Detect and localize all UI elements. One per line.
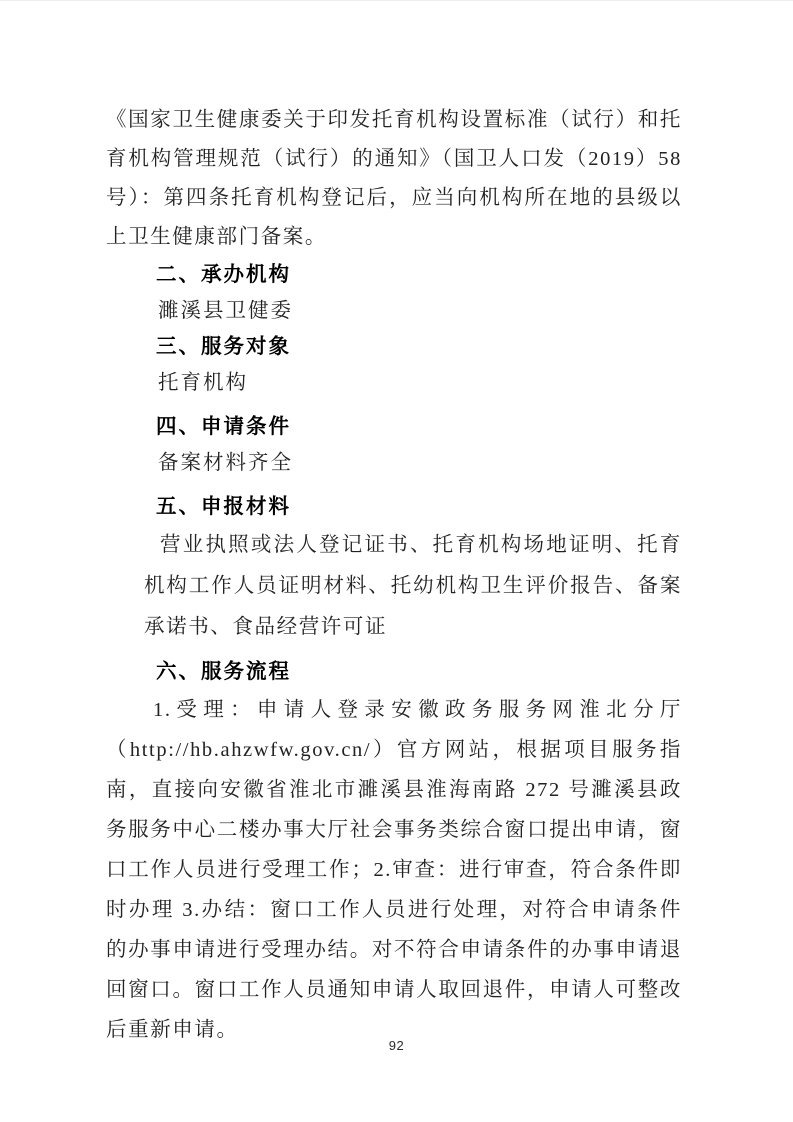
section-body-service-target: 托育机构 [106, 365, 682, 401]
section-heading-application-materials: 五、申报材料 [106, 489, 682, 525]
section-body-application-materials: 营业执照或法人登记证书、托育机构场地证明、托育机构工作人员证明材料、托幼机构卫生… [106, 525, 682, 648]
document-page: 《国家卫生健康委关于印发托育机构设置标准（试行）和托育机构管理规范（试行）的通知… [0, 0, 793, 1122]
section-heading-organizing-body: 二、承办机构 [106, 257, 682, 293]
section-heading-service-target: 三、服务对象 [106, 329, 682, 365]
section-heading-service-process: 六、服务流程 [106, 654, 682, 690]
section-heading-application-conditions: 四、申请条件 [106, 409, 682, 445]
page-number: 92 [0, 1038, 793, 1054]
document-content: 《国家卫生健康委关于印发托育机构设置标准（试行）和托育机构管理规范（试行）的通知… [106, 101, 682, 1050]
section-body-organizing-body: 濉溪县卫健委 [106, 293, 682, 329]
section-body-application-conditions: 备案材料齐全 [106, 445, 682, 481]
intro-paragraph: 《国家卫生健康委关于印发托育机构设置标准（试行）和托育机构管理规范（试行）的通知… [106, 101, 682, 257]
section-body-service-process: 1.受理：申请人登录安徽政务服务网淮北分厅（http://hb.ahzwfw.g… [106, 690, 682, 1050]
